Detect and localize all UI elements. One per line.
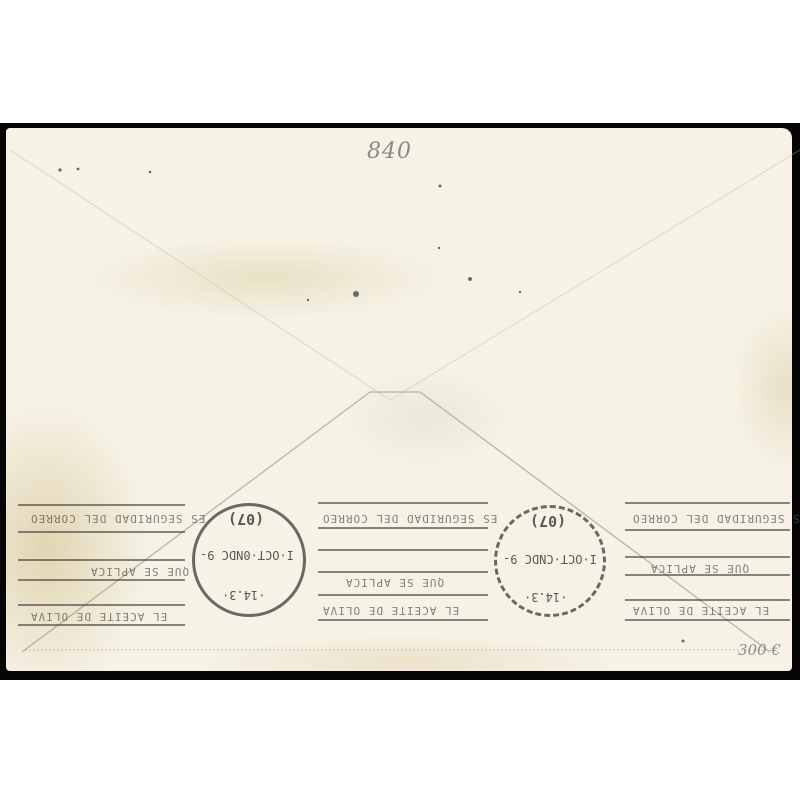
slogan-mid-2: QUE SE APLICA: [345, 576, 444, 589]
envelope-flap-lines: [0, 0, 800, 800]
slogan-mid-1: ES SEGURIDAD DEL CORREO: [322, 512, 497, 525]
slogan-left-3: EL ACEITE DE OLIVA: [30, 610, 167, 623]
postmark-right-date: I·OCT·CNDC 9-: [503, 552, 597, 566]
slogan-right-2: QUE SE APLICA: [650, 562, 749, 575]
postmark-left-date: I·OCT·0NDC 9-: [200, 548, 294, 562]
pencil-note-corner: 300 €: [738, 641, 781, 659]
postmark-left-top: (07): [228, 510, 264, 528]
slogan-right-3: EL ACEITE DE OLIVA: [632, 604, 769, 617]
postmark-right-top: (07): [530, 512, 566, 530]
slogan-mid-3: EL ACEITE DE OLIVA: [322, 604, 459, 617]
slogan-right-1: ES SEGURIDAD DEL CORREO: [632, 512, 800, 525]
slogan-left-1: ES SEGURIDAD DEL CORREO: [30, 512, 205, 525]
postmark-left-bottom: ·14.3·: [222, 588, 265, 602]
postmark-right-bottom: ·14.3·: [524, 590, 567, 604]
pencil-note-top: 840: [367, 139, 412, 164]
slogan-left-2: QUE SE APLICA: [90, 565, 189, 578]
